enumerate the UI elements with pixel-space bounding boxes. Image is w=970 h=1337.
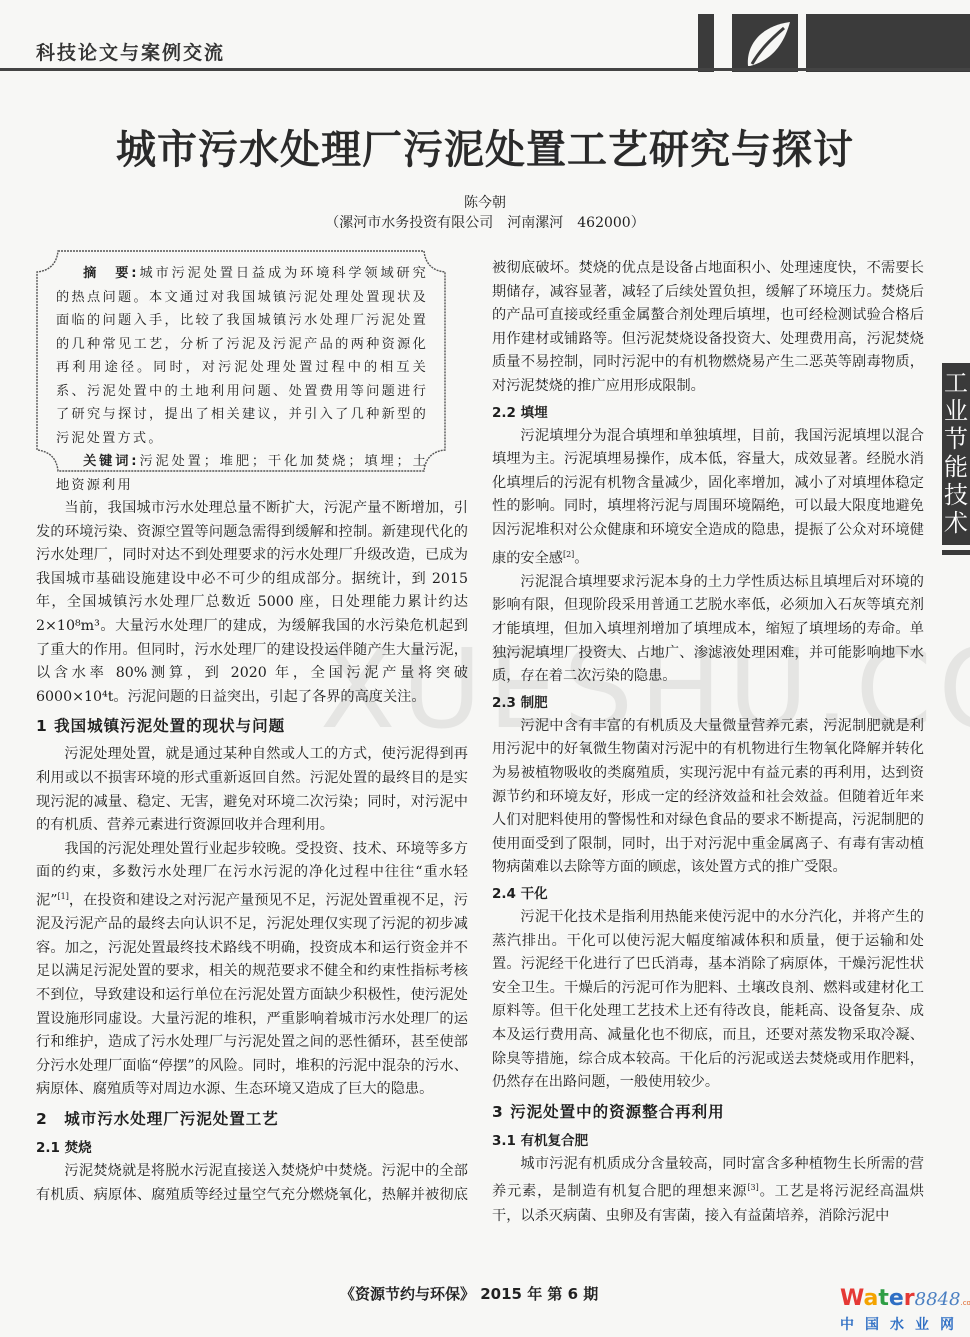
- article-title: 城市污水处理厂污泥处置工艺研究与探讨: [0, 118, 970, 175]
- column-right: 被彻底破坏。焚烧的优点是设备占地面积小、处理速度快，不需要长期储存，减容显著，减…: [492, 257, 924, 1228]
- logo-chinese: 中国水业网: [840, 1314, 970, 1334]
- section-3-heading: 3 污泥处置中的资源整合再利用: [492, 1099, 924, 1125]
- section-3-1-paragraph: 城市污泥有机质成分含量较高，同时富含多种植物生长所需的营养元素，是制造有机复合肥…: [492, 1153, 924, 1229]
- side-tab: 工业节能技术: [942, 363, 970, 545]
- abstract-box: 摘 要:城市污泥处置日益成为环境科学领域研究的热点问题。本文通过对我国城镇污泥处…: [36, 250, 446, 472]
- section-2-2-paragraph-1: 污泥填埋分为混合填埋和单独填埋，目前，我国污泥填埋以混合填埋为主。污泥填埋易操作…: [492, 425, 924, 571]
- logo-number: 8848: [915, 1289, 961, 1310]
- logo-word: Water: [840, 1286, 915, 1311]
- section-2-4-heading: 2.4 干化: [492, 882, 924, 906]
- article-affiliation: （漯河市水务投资有限公司 河南漯河 462000）: [0, 212, 970, 232]
- section-label: 科技论文与案例交流: [36, 38, 225, 65]
- intro-paragraph: 当前，我国城市污水处理总量不断扩大，污泥产量不断增加，引发的环境污染、资源空置等…: [36, 497, 468, 709]
- citation-2[interactable]: [2]: [563, 550, 574, 559]
- journal-footer: 《资源节约与环保》 2015 年 第 6 期: [340, 1283, 598, 1304]
- section-2-1-heading: 2.1 焚烧: [36, 1136, 468, 1160]
- section-1-heading: 1 我国城镇污泥处置的现状与问题: [36, 713, 468, 739]
- section-1-paragraph-2: 我国的污泥处理处置行业起步较晚。受投资、技术、环境等多方面的约束，多数污水处理厂…: [36, 838, 468, 1102]
- section-2-3-heading: 2.3 制肥: [492, 691, 924, 715]
- citation-1[interactable]: [1]: [58, 892, 69, 901]
- section-3-1-heading: 3.1 有机复合肥: [492, 1129, 924, 1153]
- column-left: 当前，我国城市污水处理总量不断扩大，污泥产量不断增加，引发的环境污染、资源空置等…: [36, 497, 468, 1206]
- abstract-body: 城市污泥处置日益成为环境科学领域研究的热点问题。本文通过对我国城镇污泥处理处置现…: [56, 266, 428, 446]
- header-band: [698, 14, 970, 72]
- side-tab-label: 工业节能技术: [944, 369, 968, 537]
- header-rule: [0, 68, 970, 71]
- side-tab-rule: [942, 550, 970, 555]
- section-2-2-paragraph-2: 污泥混合填埋要求污泥本身的土力学性质达标且填埋后对环境的影响有限，但现阶段采用普…: [492, 571, 924, 689]
- leaf-icon: [734, 14, 798, 72]
- section-2-2-heading: 2.2 填埋: [492, 401, 924, 425]
- article-author: 陈今朝: [0, 192, 970, 212]
- water8848-logo[interactable]: Water8848.com 中国水业网: [840, 1288, 970, 1334]
- logo-com: .com: [960, 1299, 970, 1307]
- section-1-paragraph-1: 污泥处理处置，就是通过某种自然或人工的方式，使污泥得到再利用或以不损害环境的形式…: [36, 743, 468, 837]
- section-2-1-paragraph-cont: 被彻底破坏。焚烧的优点是设备占地面积小、处理速度快，不需要长期储存，减容显著，减…: [492, 257, 924, 399]
- section-2-3-paragraph: 污泥中含有丰富的有机质及大量微量营养元素，污泥制肥就是利用污泥中的好氧微生物菌对…: [492, 715, 924, 880]
- section-2-1-paragraph: 污泥焚烧就是将脱水污泥直接送入焚烧炉中焚烧。污泥中的全部有机质、病原体、腐殖质等…: [36, 1160, 468, 1206]
- section-2-4-paragraph: 污泥干化技术是指利用热能来使污泥中的水分汽化，并将产生的蒸汽排出。干化可以使污泥…: [492, 906, 924, 1095]
- section-2-heading: 2 城市污水处理厂污泥处置工艺: [36, 1106, 468, 1132]
- keywords-label: 关键词:: [82, 454, 138, 469]
- abstract-text: 摘 要:城市污泥处置日益成为环境科学领域研究的热点问题。本文通过对我国城镇污泥处…: [56, 262, 428, 497]
- citation-3[interactable]: [3]: [747, 1183, 758, 1192]
- abstract-label: 摘 要:: [82, 266, 138, 281]
